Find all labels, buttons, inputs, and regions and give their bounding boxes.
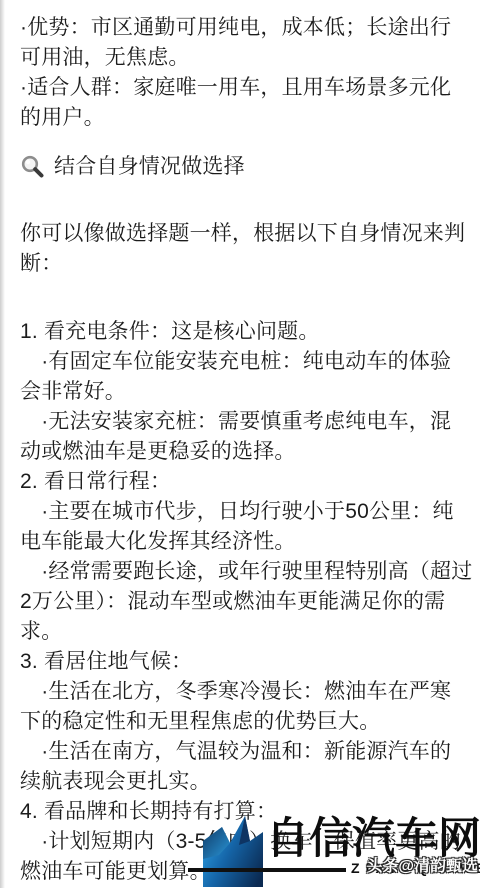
- section-heading: 结合自身情况做选择: [20, 152, 468, 182]
- checklist: 1. 看充电条件：这是核心问题。 ·有固定车位能安装充电桩：纯电动车的体验会非常…: [20, 317, 468, 887]
- text-line: ·适合人群：家庭唯一用车，且用车场景多元化: [20, 73, 468, 103]
- text-line: 求。: [20, 617, 468, 647]
- article-body: ·优势：市区通勤可用纯电，成本低；长途出行可用油，无焦虑。 ·适合人群：家庭唯一…: [0, 0, 480, 887]
- text-line: 4. 看品牌和长期持有打算：: [20, 797, 468, 827]
- magnifier-icon: [20, 154, 46, 180]
- text-line: ·主要在城市代步，日均行驶小于50公里：纯: [20, 497, 468, 527]
- text-line: 2万公里）：混动车型或燃油车更能满足你的需: [20, 587, 468, 617]
- text-line: ·生活在北方，冬季寒冷漫长：燃油车在严寒: [20, 677, 468, 707]
- text-line: 燃油车可能更划算。: [20, 857, 468, 887]
- text-line: 3. 看居住地气候：: [20, 647, 468, 677]
- article-page: ·优势：市区通勤可用纯电，成本低；长途出行可用油，无焦虑。 ·适合人群：家庭唯一…: [0, 0, 480, 888]
- text-line: 断：: [20, 249, 468, 279]
- text-line: 续航表现会更扎实。: [20, 767, 468, 797]
- text-line: 电车能最大化发挥其经济性。: [20, 527, 468, 557]
- text-line: 下的稳定性和无里程焦虑的优势巨大。: [20, 707, 468, 737]
- text-line: ·经常需要跑长途，或年行驶里程特别高（超过: [20, 557, 468, 587]
- text-line: ·生活在南方，气温较为温和：新能源汽车的: [20, 737, 468, 767]
- advantage-paragraph: ·优势：市区通勤可用纯电，成本低；长途出行可用油，无焦虑。: [20, 13, 468, 73]
- text-line: 动或燃油车是更稳妥的选择。: [20, 437, 468, 467]
- text-line: 1. 看充电条件：这是核心问题。: [20, 317, 468, 347]
- text-line: ·有固定车位能安装充电桩：纯电动车的体验: [20, 347, 468, 377]
- intro-paragraph: 你可以像做选择题一样，根据以下自身情况来判断：: [20, 219, 468, 279]
- text-line: 会非常好。: [20, 377, 468, 407]
- text-line: ·优势：市区通勤可用纯电，成本低；长途出行: [20, 13, 468, 43]
- text-line: 可用油，无焦虑。: [20, 43, 468, 73]
- text-line: 你可以像做选择题一样，根据以下自身情况来判: [20, 219, 468, 249]
- text-line: 的用户。: [20, 103, 468, 133]
- text-line: 2. 看日常行程：: [20, 467, 468, 497]
- text-line: ·计划短期内（3-5年内）换车：保值率更高的: [20, 827, 468, 857]
- audience-paragraph: ·适合人群：家庭唯一用车，且用车场景多元化的用户。: [20, 73, 468, 133]
- section-heading-text: 结合自身情况做选择: [54, 152, 245, 182]
- text-line: ·无法安装家充桩：需要慎重考虑纯电车，混: [20, 407, 468, 437]
